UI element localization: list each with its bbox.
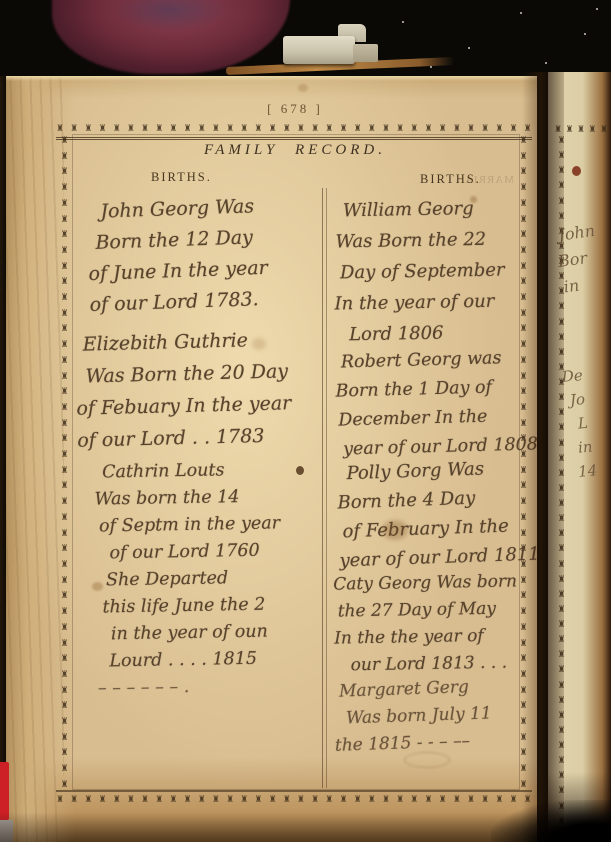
left-page: [ 678 ] ♜♜♜♜♜♜♜♜♜♜♜♜♜♜♜♜♜♜♜♜♜♜♜♜♜♜♜♜♜♜♜♜… <box>6 76 537 842</box>
bottom-right-shadow <box>491 800 611 842</box>
stain-spot <box>404 752 450 768</box>
page-number: [ 678 ] <box>72 101 518 117</box>
dust-speck <box>520 12 522 14</box>
handwriting-line: Was born the 14 <box>94 483 279 513</box>
handwriting-line: William Georg <box>343 193 504 227</box>
handwriting-line: Was Born the 22 <box>335 224 504 258</box>
stain-spot <box>252 338 266 350</box>
handwriting-line: L <box>577 410 594 435</box>
handwriting-line: Cathrin Louts <box>102 456 279 486</box>
family-record-title: FAMILY RECORD. <box>72 142 518 159</box>
dust-speck <box>584 33 586 35</box>
birth-entry-robert-georg: Robert Georg was Born the 1 Day of Decem… <box>335 343 539 464</box>
handwriting-line: in <box>562 269 604 300</box>
page-left-edge <box>0 76 7 766</box>
book-photo: [ 678 ] ♜♜♜♜♜♜♜♜♜♜♜♜♜♜♜♜♜♜♜♜♜♜♜♜♜♜♜♜♜♜♜♜… <box>0 0 611 842</box>
handwriting-line: In the the year of <box>334 622 518 652</box>
dust-speck <box>596 8 598 10</box>
book-spine-highlight <box>112 0 230 32</box>
dust-speck <box>430 66 432 68</box>
stain-spot <box>470 196 477 203</box>
handwriting-line: of our Lord . . 1783 <box>77 419 293 457</box>
page-clamp-tail <box>353 44 378 62</box>
birth-entry-caty-georg: Caty Georg Was born the 27 Day of May In… <box>331 568 519 679</box>
births-heading-left: BIRTHS. <box>151 170 212 185</box>
gutter-shadow <box>522 72 564 842</box>
stain-spot <box>382 520 408 540</box>
handwriting-line: De <box>561 363 590 389</box>
page-clamp <box>283 36 355 64</box>
stain-spot <box>572 166 581 176</box>
handwriting-line: – – – – – – . <box>98 672 283 702</box>
handwriting-line: Day of September <box>340 255 505 289</box>
handwriting-line: She Departed <box>106 564 281 594</box>
birth-entry-john-georg: John Georg Was Born the 12 Day of June I… <box>84 191 269 321</box>
stain-spot <box>92 582 103 591</box>
handwriting-line: the 27 Day of May <box>338 595 518 625</box>
handwriting-line: Jo <box>569 387 592 413</box>
handwriting-line: of Septm in the year <box>99 510 280 540</box>
ornament-border-bottom: ♜♜♜♜♜♜♜♜♜♜♜♜♜♜♜♜♜♜♜♜♜♜♜♜♜♜♜♜♜♜♜♜♜♜ <box>56 790 532 808</box>
dust-speck <box>545 62 547 64</box>
handwriting-line: of our Lord 1760 <box>109 537 280 567</box>
birth-entry-polly-gorg: Polly Gorg Was Born the 4 Day of Februar… <box>336 453 540 576</box>
column-divider <box>322 188 327 788</box>
handwriting-line: in <box>577 434 596 459</box>
handwriting-line: this life June the 2 <box>102 591 281 621</box>
dust-speck <box>468 47 470 49</box>
handwriting-line: of our Lord 1783. <box>89 284 269 321</box>
birth-entry-margaret-gerg: Margaret Gerg Was born July 11 the 1815 … <box>337 673 493 759</box>
handwriting-line: Caty Georg Was born <box>333 568 517 598</box>
stain-spot <box>298 84 308 92</box>
ornament-border-left: ♜♜♜♜♜♜♜♜♜♜♜♜♜♜♜♜♜♜♜♜♜♜♜♜♜♜♜♜♜♜♜♜♜♜♜♜♜♜♜♜… <box>56 137 73 790</box>
handwriting-line: Was born July 11 <box>346 700 493 732</box>
birth-entry-william-georg: William Georg Was Born the 22 Day of Sep… <box>335 193 506 351</box>
handwriting-line: Was Born the 20 Day <box>85 355 291 392</box>
handwriting-line: Lourd . . . . 1815 <box>109 645 282 675</box>
stain-spot <box>296 466 304 475</box>
handwriting-line: in the year of oun <box>111 618 282 648</box>
dust-speck <box>402 21 404 23</box>
handwriting-line: In the year of our <box>334 286 505 320</box>
marriages-bleedthrough: MARRIA <box>464 174 514 186</box>
birth-entry-cathrin-louts: Cathrin Louts Was born the 14 of Septm i… <box>90 456 283 702</box>
handwriting-line: 14 <box>577 458 598 484</box>
